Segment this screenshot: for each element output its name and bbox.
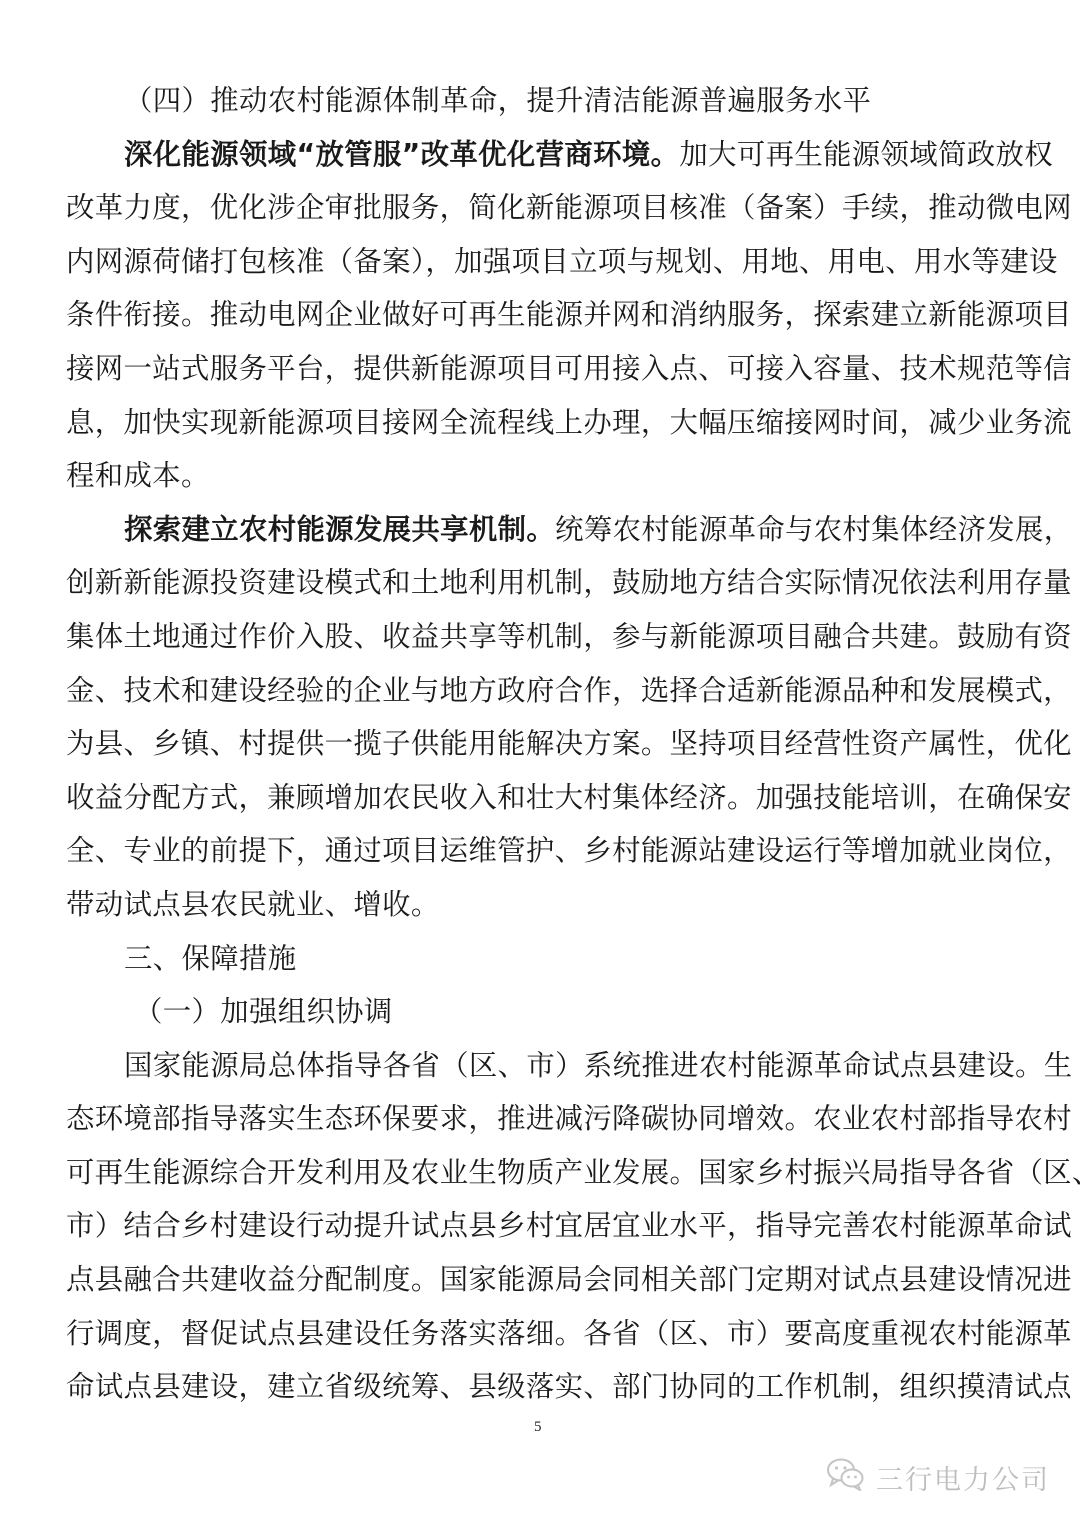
text-line: 息，加快实现新能源项目接网全流程线上办理，大幅压缩接网时间，减少业务流	[66, 396, 1016, 450]
wechat-icon	[826, 1457, 876, 1498]
body-text: 集体土地通过作价入股、收益共享等机制，参与新能源项目融合共建。鼓励有资	[66, 620, 1072, 653]
text-line: 收益分配方式，兼顾增加农民收入和壮大村集体经济。加强技能培训，在确保安	[66, 771, 1016, 825]
text-line: 深化能源领域“放管服”改革优化营商环境。加大可再生能源领域简政放权	[66, 128, 1016, 182]
body-text: 条件衔接。推动电网企业做好可再生能源并网和消纳服务，探索建立新能源项目	[66, 298, 1072, 331]
body-text: 程和成本。	[66, 459, 210, 492]
text-line: （四）推动农村能源体制革命，提升清洁能源普遍服务水平	[66, 74, 1016, 128]
body-text: 三、保障措施	[124, 942, 296, 975]
body-text: 创新新能源投资建设模式和土地利用机制，鼓励地方结合实际情况依法利用存量	[66, 566, 1072, 599]
text-line: 改革力度，优化涉企审批服务，简化新能源项目核准（备案）手续，推动微电网	[66, 181, 1016, 235]
text-line: 国家能源局总体指导各省（区、市）系统推进农村能源革命试点县建设。生	[66, 1039, 1016, 1093]
body-text: 接网一站式服务平台，提供新能源项目可用接入点、可接入容量、技术规范等信	[66, 352, 1072, 385]
body-text: 加大可再生能源领域简政放权	[679, 138, 1053, 171]
text-line: 程和成本。	[66, 449, 1016, 503]
body-text: 可再生能源综合开发利用及农业生物质产业发展。国家乡村振兴局指导各省（区、	[66, 1156, 1080, 1189]
text-line: 命试点县建设，建立省级统筹、县级落实、部门协同的工作机制，组织摸清试点	[66, 1360, 1016, 1414]
body-text: 行调度，督促试点县建设任务落实落细。各省（区、市）要高度重视农村能源革	[66, 1317, 1072, 1350]
body-text: 市）结合乡村建设行动提升试点县乡村宜居宜业水平，指导完善农村能源革命试	[66, 1209, 1072, 1242]
text-line: 内网源荷储打包核准（备案），加强项目立项与规划、用地、用电、用水等建设	[66, 235, 1016, 289]
document-page: （四）推动农村能源体制革命，提升清洁能源普遍服务水平深化能源领域“放管服”改革优…	[66, 74, 1016, 1414]
body-text: 为县、乡镇、村提供一揽子供能用能解决方案。坚持项目经营性资产属性，优化	[66, 727, 1072, 760]
bold-heading-text: 深化能源领域“放管服”改革优化营商环境。	[124, 138, 679, 171]
text-line: 集体土地通过作价入股、收益共享等机制，参与新能源项目融合共建。鼓励有资	[66, 610, 1016, 664]
body-text: （四）推动农村能源体制革命，提升清洁能源普遍服务水平	[124, 84, 871, 117]
watermark: 三行电力公司	[826, 1457, 1050, 1498]
body-text: 息，加快实现新能源项目接网全流程线上办理，大幅压缩接网时间，减少业务流	[66, 406, 1072, 439]
text-line: 金、技术和建设经验的企业与地方政府合作，选择合适新能源品种和发展模式，	[66, 664, 1016, 718]
body-text: 命试点县建设，建立省级统筹、县级落实、部门协同的工作机制，组织摸清试点	[66, 1370, 1072, 1403]
body-text: 带动试点县农民就业、增收。	[66, 888, 440, 921]
text-line: 为县、乡镇、村提供一揽子供能用能解决方案。坚持项目经营性资产属性，优化	[66, 717, 1016, 771]
text-line: 点县融合共建收益分配制度。国家能源局会同相关部门定期对试点县建设情况进	[66, 1253, 1016, 1307]
body-text: 收益分配方式，兼顾增加农民收入和壮大村集体经济。加强技能培训，在确保安	[66, 781, 1072, 814]
text-line: 条件衔接。推动电网企业做好可再生能源并网和消纳服务，探索建立新能源项目	[66, 288, 1016, 342]
page-number: 5	[534, 1419, 542, 1436]
text-line: 态环境部指导落实生态环保要求，推进减污降碳协同增效。农业农村部指导农村	[66, 1092, 1016, 1146]
body-text: 国家能源局总体指导各省（区、市）系统推进农村能源革命试点县建设。生	[124, 1049, 1072, 1082]
body-text: 内网源荷储打包核准（备案），加强项目立项与规划、用地、用电、用水等建设	[66, 245, 1058, 278]
text-line: 创新新能源投资建设模式和土地利用机制，鼓励地方结合实际情况依法利用存量	[66, 556, 1016, 610]
watermark-text: 三行电力公司	[876, 1458, 1050, 1497]
text-line: 带动试点县农民就业、增收。	[66, 878, 1016, 932]
body-text: 全、专业的前提下，通过项目运维管护、乡村能源站建设运行等增加就业岗位，	[66, 834, 1072, 867]
text-line: 接网一站式服务平台，提供新能源项目可用接入点、可接入容量、技术规范等信	[66, 342, 1016, 396]
body-text: 点县融合共建收益分配制度。国家能源局会同相关部门定期对试点县建设情况进	[66, 1263, 1072, 1296]
text-line: 市）结合乡村建设行动提升试点县乡村宜居宜业水平，指导完善农村能源革命试	[66, 1199, 1016, 1253]
text-line: 行调度，督促试点县建设任务落实落细。各省（区、市）要高度重视农村能源革	[66, 1307, 1016, 1361]
text-line: 探索建立农村能源发展共享机制。统筹农村能源革命与农村集体经济发展，	[66, 503, 1016, 557]
body-text: （一）加强组织协调	[134, 995, 393, 1028]
body-text: 统筹农村能源革命与农村集体经济发展，	[555, 513, 1072, 546]
text-line: （一）加强组织协调	[66, 985, 1016, 1039]
body-text: 改革力度，优化涉企审批服务，简化新能源项目核准（备案）手续，推动微电网	[66, 191, 1072, 224]
text-line: 三、保障措施	[66, 932, 1016, 986]
text-line: 全、专业的前提下，通过项目运维管护、乡村能源站建设运行等增加就业岗位，	[66, 824, 1016, 878]
bold-heading-text: 探索建立农村能源发展共享机制。	[124, 513, 555, 546]
text-line: 可再生能源综合开发利用及农业生物质产业发展。国家乡村振兴局指导各省（区、	[66, 1146, 1016, 1200]
body-text: 金、技术和建设经验的企业与地方政府合作，选择合适新能源品种和发展模式，	[66, 674, 1072, 707]
body-text: 态环境部指导落实生态环保要求，推进减污降碳协同增效。农业农村部指导农村	[66, 1102, 1072, 1135]
